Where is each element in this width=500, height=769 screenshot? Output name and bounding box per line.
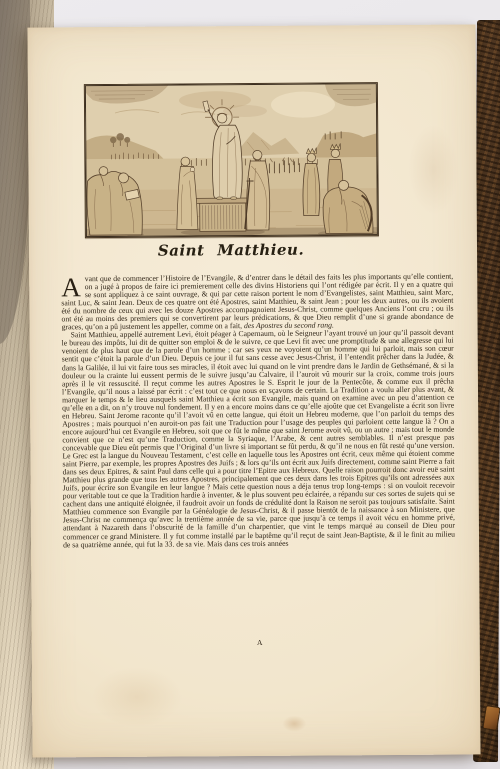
signature-mark: A: [64, 637, 456, 649]
foxing-stain: [408, 125, 459, 215]
sepia-wash: [85, 83, 378, 237]
article-body: Avant que de commencer l’Histoire de l’E…: [61, 273, 455, 549]
paragraph-1: Avant que de commencer l’Histoire de l’E…: [61, 273, 453, 332]
engraving-scene: [85, 83, 378, 237]
paragraph-2: Saint Matthieu, appellé autrement Levi, …: [62, 329, 456, 549]
book-page: Saint Matthieu. Avant que de commencer l…: [27, 24, 480, 757]
drop-cap: A: [61, 275, 85, 298]
foxing-stain: [92, 667, 182, 728]
page-title: Saint Matthieu.: [85, 240, 377, 260]
engraving-illustration: [84, 82, 379, 238]
book-clasp: [482, 705, 500, 731]
foxing-stain: [282, 716, 306, 732]
